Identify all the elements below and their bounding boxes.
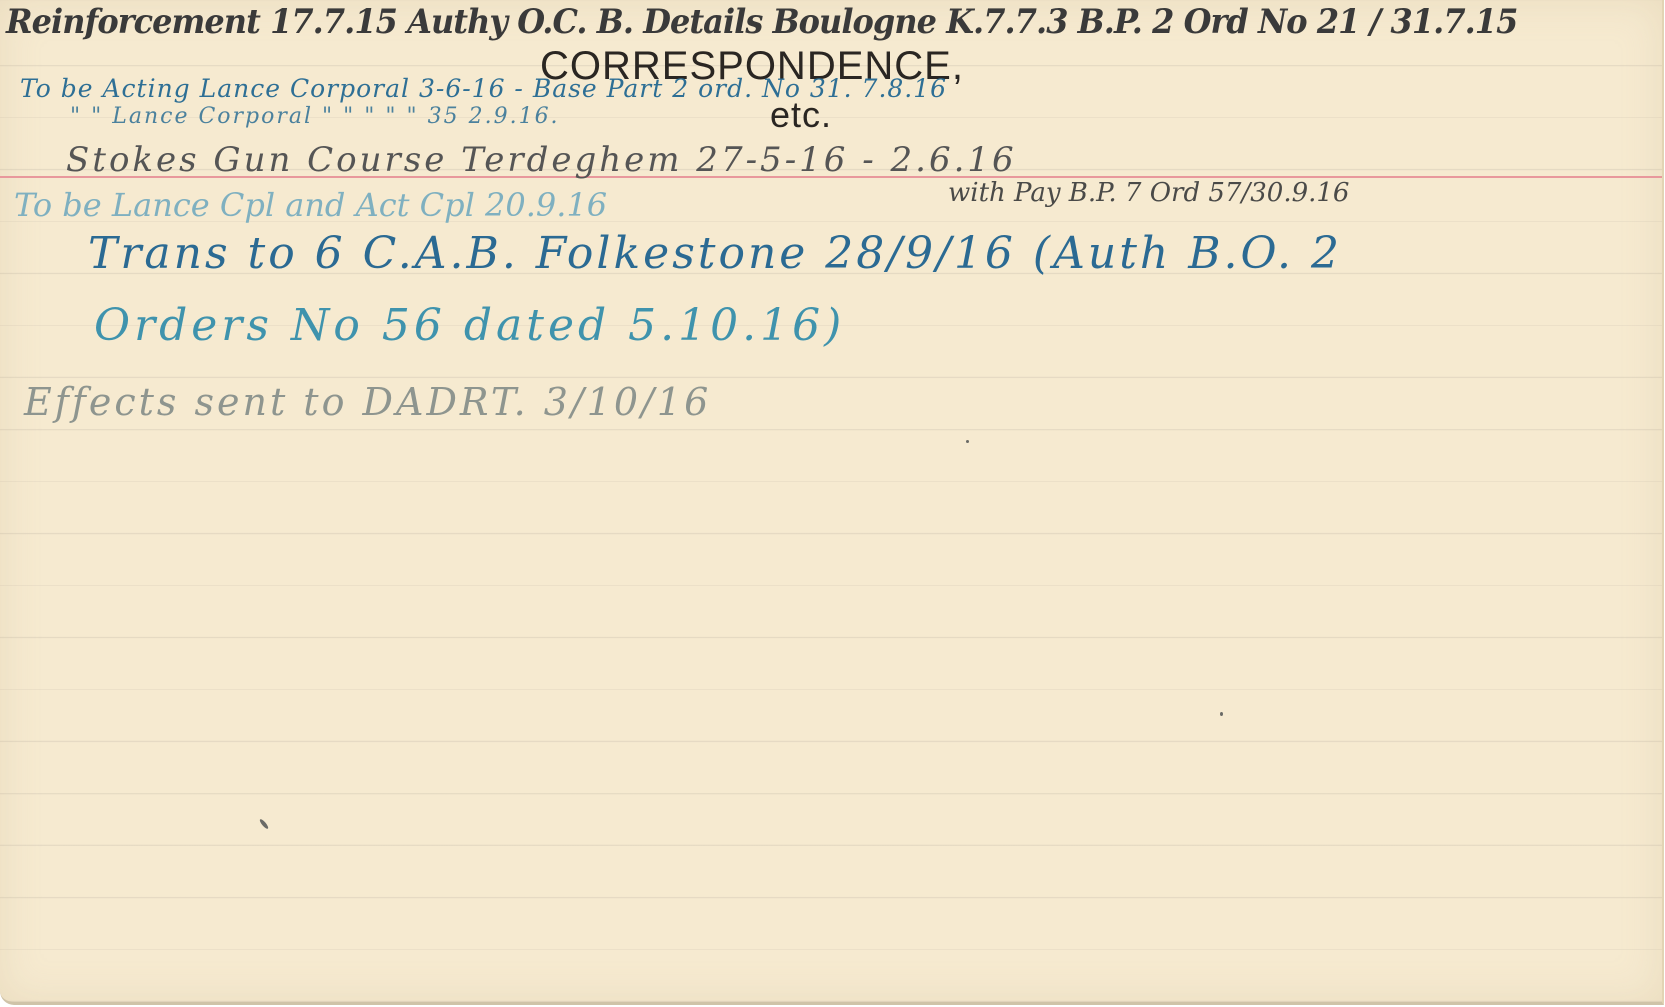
entry-with-pay: with Pay B.P. 7 Ord 57/30.9.16 (948, 178, 1349, 208)
ink-speck (1220, 712, 1223, 716)
ink-speck (966, 440, 969, 443)
entry-transfer-folkestone: Trans to 6 C.A.B. Folkestone 28/9/16 (Au… (88, 228, 1342, 279)
entry-reinforcement: Reinforcement 17.7.15 Authy O.C. B. Deta… (6, 2, 1517, 42)
entry-lance-cpl-act-cpl: To be Lance Cpl and Act Cpl 20.9.16 (14, 186, 607, 224)
ink-speck (259, 818, 270, 830)
record-card: CORRESPONDENCE, etc. Reinforcement 17.7.… (0, 0, 1664, 1005)
entry-acting-lance-corporal: To be Acting Lance Corporal 3-6-16 - Bas… (20, 74, 947, 103)
entry-stokes-gun-course: Stokes Gun Course Terdeghem 27-5-16 - 2.… (66, 140, 1017, 180)
entry-orders-no-56: Orders No 56 dated 5.10.16) (94, 300, 845, 351)
entry-lance-corporal: " " Lance Corporal " " " " " 35 2.9.16. (70, 104, 560, 129)
entry-effects-sent: Effects sent to DADRT. 3/10/16 (24, 380, 711, 424)
